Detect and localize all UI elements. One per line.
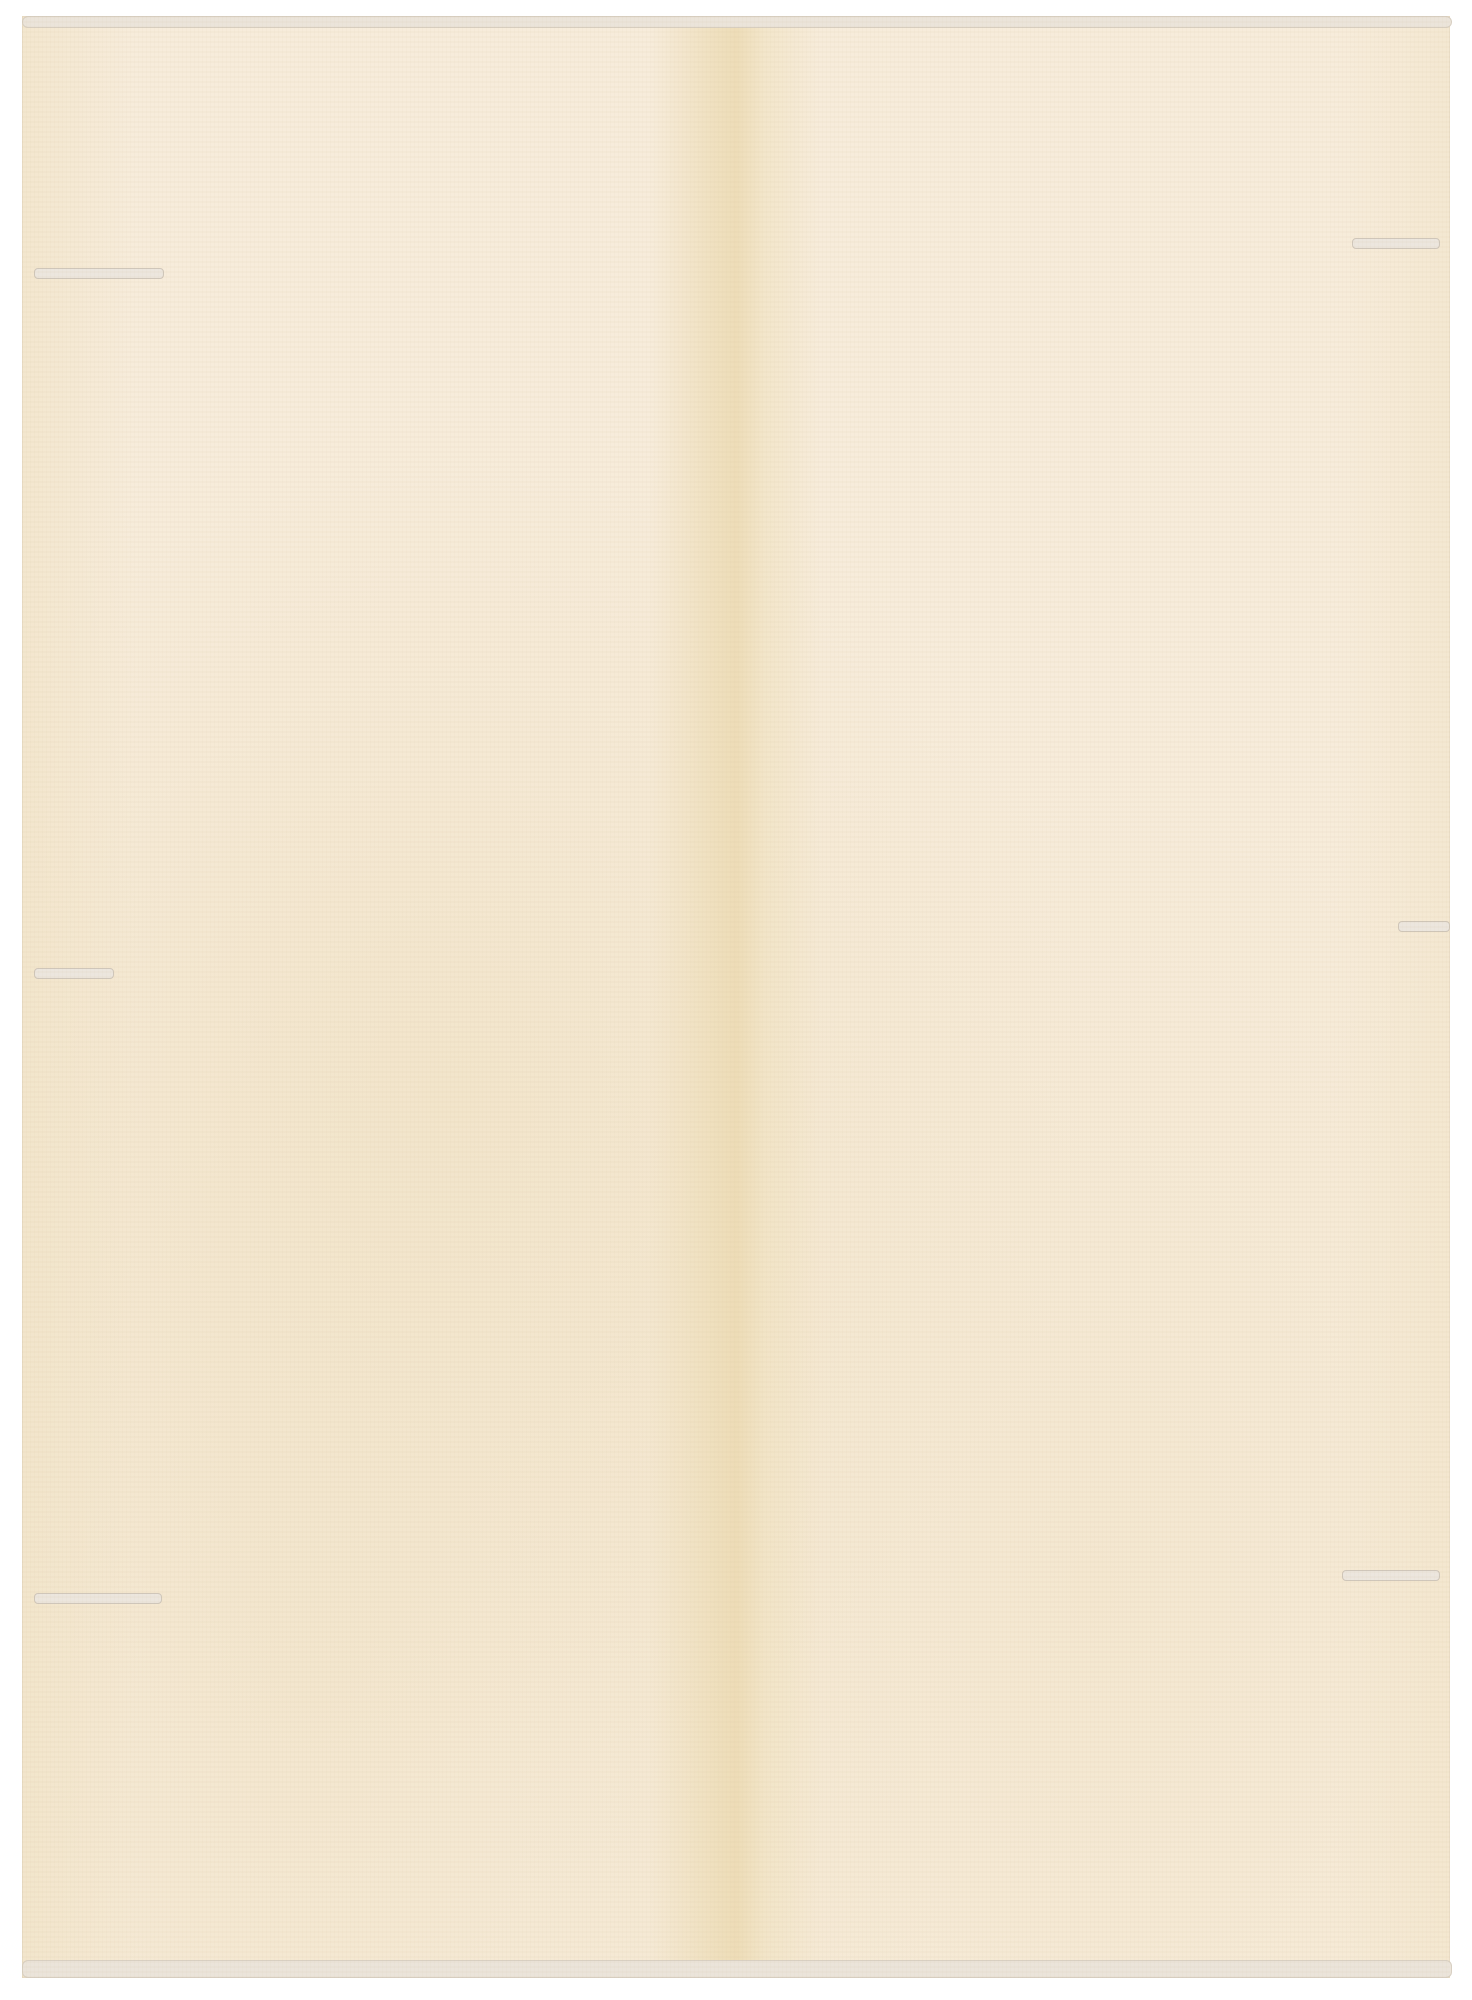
- rug-tab-left-1: [34, 268, 164, 279]
- rug-tab-right-1: [1352, 238, 1440, 249]
- rug-tab-left-3: [34, 1593, 162, 1604]
- rug: [22, 16, 1450, 1978]
- photo-stage: [0, 0, 1472, 2000]
- rug-tab-left-2: [34, 968, 114, 979]
- rug-tab-right-2: [1398, 921, 1450, 932]
- rug-bottom-binding: [22, 1960, 1452, 1978]
- rug-top-binding: [22, 16, 1452, 28]
- rug-tab-right-3: [1342, 1570, 1440, 1581]
